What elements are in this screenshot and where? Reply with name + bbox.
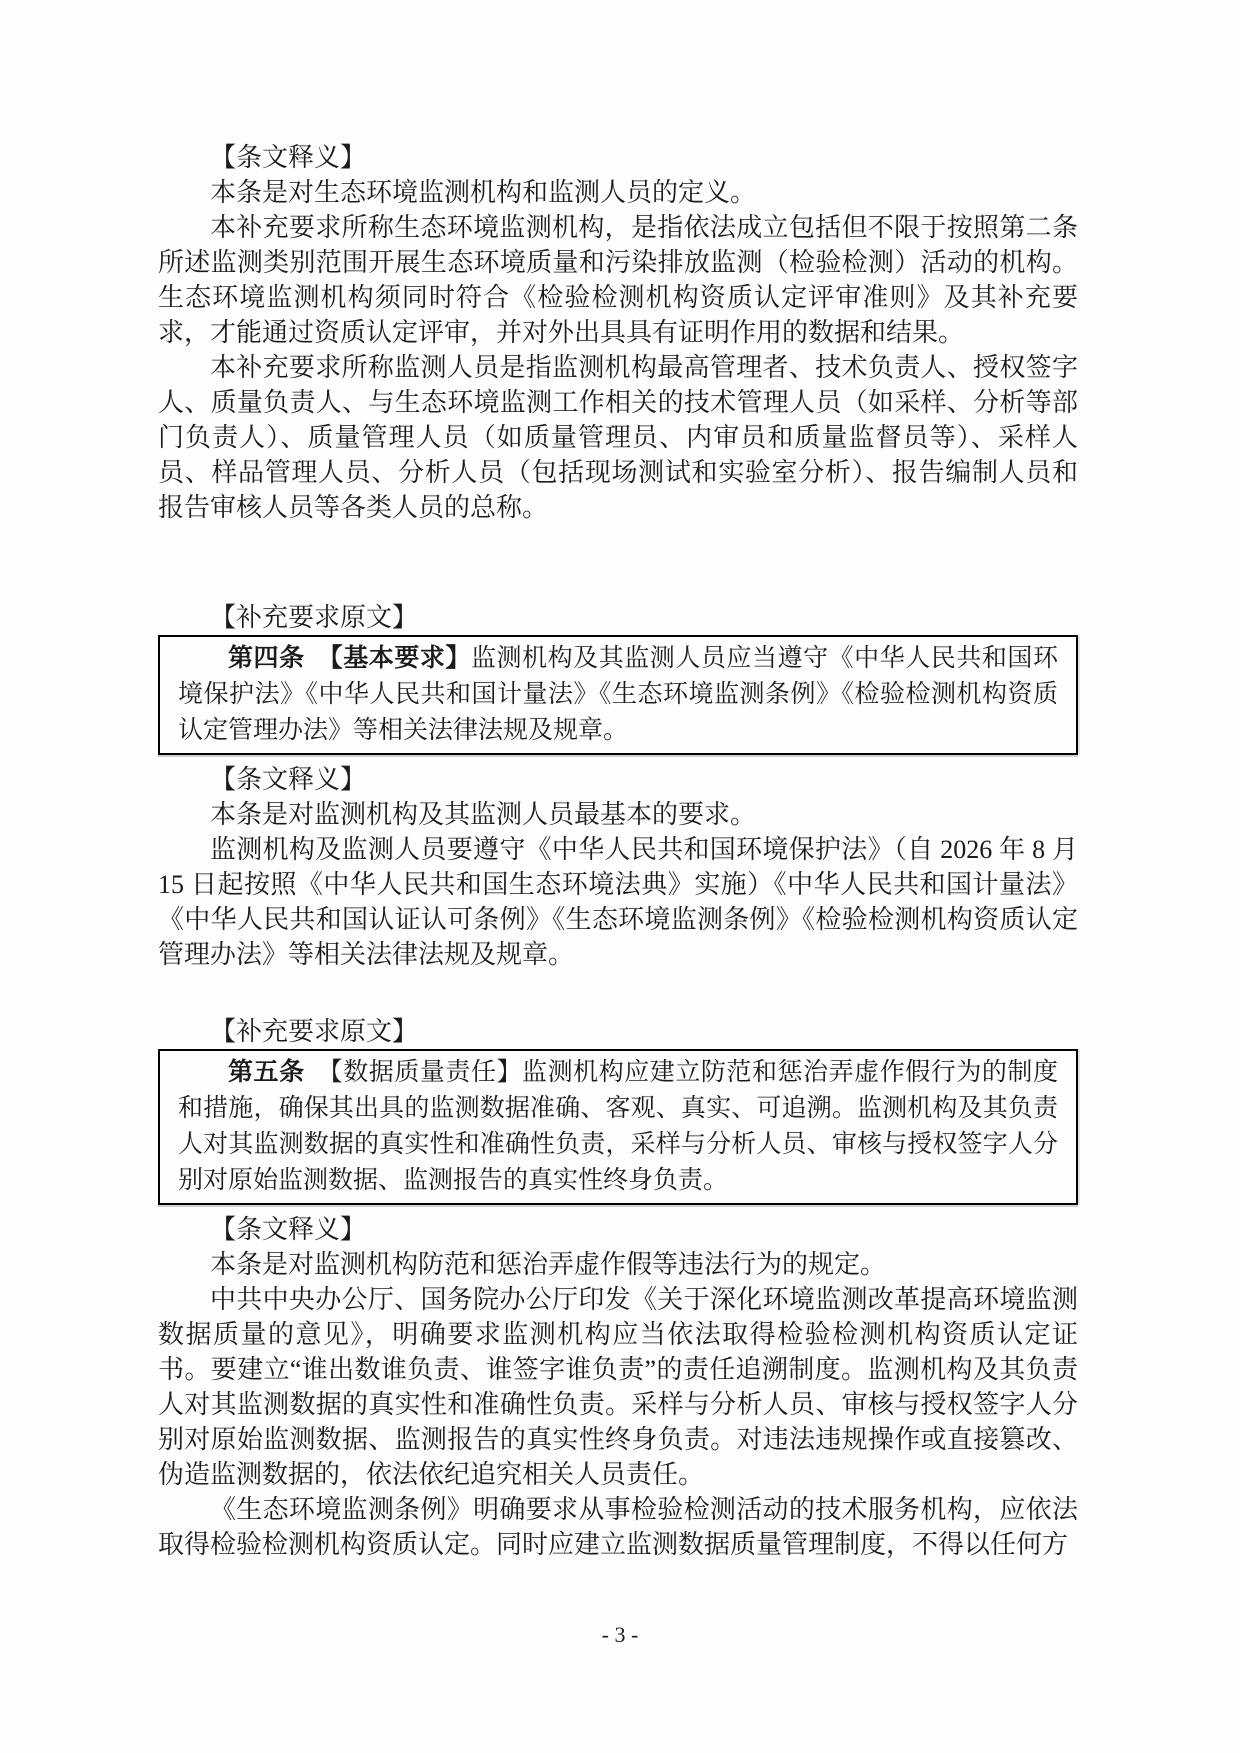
article-5-box: 第五条 【数据质量责任】监测机构应建立防范和惩治弄虚作假行为的制度和措施，确保其… (158, 1049, 1078, 1205)
heading-original-text-2: 【补充要求原文】 (158, 1014, 1078, 1049)
article-4-paragraph: 第四条 【基本要求】监测机构及其监测人员应当遵守《中华人民共和国环境保护法》《中… (178, 641, 1058, 749)
paragraph-definition-intro: 本条是对生态环境监测机构和监测人员的定义。 (158, 175, 1078, 210)
paragraph-fraud-prevention-intro: 本条是对监测机构防范和惩治弄虚作假等违法行为的规定。 (158, 1247, 1078, 1282)
document-page: 【条文释义】 本条是对生态环境监测机构和监测人员的定义。 本补充要求所称生态环境… (0, 0, 1240, 1753)
paragraph-monitoring-institution-definition: 本补充要求所称生态环境监测机构，是指依法成立包括但不限于按照第二条所述监测类别范… (158, 210, 1078, 350)
heading-interpretation-3: 【条文释义】 (158, 1212, 1078, 1247)
paragraph-central-office-opinion: 中共中央办公厅、国务院办公厅印发《关于深化环境监测改革提高环境监测数据质量的意见… (158, 1282, 1078, 1492)
paragraph-monitoring-regulation-requirement: 《生态环境监测条例》明确要求从事检验检测活动的技术服务机构，应依法取得检验检测机… (158, 1492, 1078, 1562)
heading-interpretation-1: 【条文释义】 (158, 140, 1078, 175)
paragraph-laws-list: 监测机构及监测人员要遵守《中华人民共和国环境保护法》（自 2026 年 8 月 … (158, 832, 1078, 972)
article-5-text: 【数据质量责任】监测机构应建立防范和惩治弄虚作假行为的制度和措施，确保其出具的监… (178, 1059, 1058, 1194)
article-4-label: 第四条 【基本要求】 (228, 645, 471, 672)
heading-interpretation-2: 【条文释义】 (158, 762, 1078, 797)
footer-page-number: - 3 - (0, 1622, 1240, 1648)
content-column: 【条文释义】 本条是对生态环境监测机构和监测人员的定义。 本补充要求所称生态环境… (158, 0, 1078, 1562)
paragraph-monitoring-personnel-definition: 本补充要求所称监测人员是指监测机构最高管理者、技术负责人、授权签字人、质量负责人… (158, 350, 1078, 525)
article-4-box: 第四条 【基本要求】监测机构及其监测人员应当遵守《中华人民共和国环境保护法》《中… (158, 635, 1078, 755)
article-5-paragraph: 第五条 【数据质量责任】监测机构应建立防范和惩治弄虚作假行为的制度和措施，确保其… (178, 1055, 1058, 1199)
article-5-label: 第五条 (228, 1059, 305, 1086)
heading-original-text-1: 【补充要求原文】 (158, 600, 1078, 635)
paragraph-basic-requirement-intro: 本条是对监测机构及其监测人员最基本的要求。 (158, 797, 1078, 832)
